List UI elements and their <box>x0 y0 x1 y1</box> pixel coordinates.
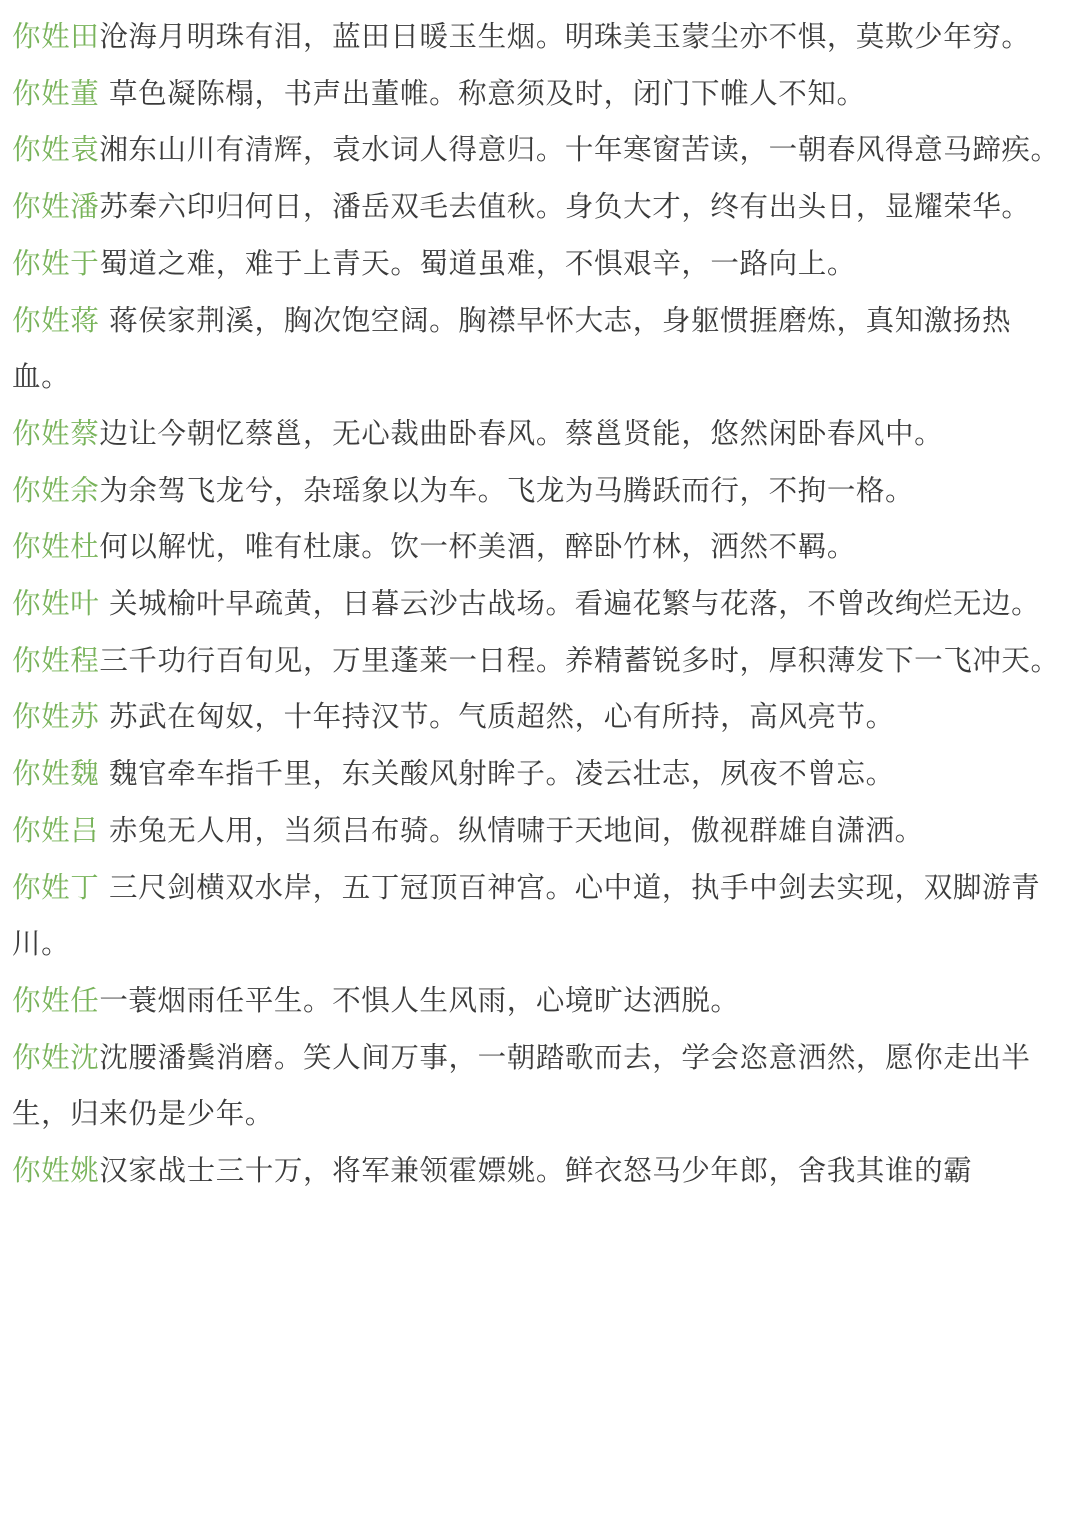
surname-label: 你姓沈 <box>12 1041 99 1074</box>
surname-label: 你姓程 <box>12 644 99 677</box>
surname-label: 你姓吕 <box>12 814 99 847</box>
surname-label: 你姓袁 <box>12 133 99 166</box>
entry-text: 魏官牵车指千里，东关酸风射眸子。凌云壮志，夙夜不曾忘。 <box>109 757 895 790</box>
separator <box>99 304 109 337</box>
entry-ding: 你姓丁 三尺剑横双水岸，五丁冠顶百神宫。心中道，执手中剑去实现，双脚游青川。 <box>12 860 1066 973</box>
entry-lv: 你姓吕 赤兔无人用，当须吕布骑。纵情啸于天地间，傲视群雄自潇洒。 <box>12 803 1066 860</box>
entry-text: 湘东山川有清辉，袁水词人得意归。十年寒窗苦读，一朝春风得意马蹄疾。 <box>99 133 1059 166</box>
surname-label: 你姓丁 <box>12 871 99 904</box>
entry-shen: 你姓沈沈腰潘鬓消磨。笑人间万事，一朝踏歌而去，学会恣意洒然，愿你走出半生，归来仍… <box>12 1030 1066 1143</box>
entry-cai: 你姓蔡边让今朝忆蔡邕，无心裁曲卧春风。蔡邕贤能，悠然闲卧春风中。 <box>12 406 1066 463</box>
surname-poem-document: 你姓田沧海月明珠有泪，蓝田日暖玉生烟。明珠美玉蒙尘亦不惧，莫欺少年穷。 你姓董 … <box>0 0 1080 1200</box>
separator <box>99 814 109 847</box>
entry-wei: 你姓魏 魏官牵车指千里，东关酸风射眸子。凌云壮志，夙夜不曾忘。 <box>12 746 1066 803</box>
entry-su: 你姓苏 苏武在匈奴，十年持汉节。气质超然，心有所持，高风亮节。 <box>12 689 1066 746</box>
entry-jiang: 你姓蒋 蒋侯家荆溪，胸次饱空阔。胸襟早怀大志，身躯惯捱磨炼，真知激扬热血。 <box>12 293 1066 406</box>
entry-yuan: 你姓袁湘东山川有清辉，袁水词人得意归。十年寒窗苦读，一朝春风得意马蹄疾。 <box>12 122 1066 179</box>
entry-cheng: 你姓程三千功行百旬见，万里蓬莱一日程。养精蓄锐多时，厚积薄发下一飞冲天。 <box>12 633 1066 690</box>
entry-text: 边让今朝忆蔡邕，无心裁曲卧春风。蔡邕贤能，悠然闲卧春风中。 <box>99 417 943 450</box>
entry-yu: 你姓于蜀道之难，难于上青天。蜀道虽难，不惧艰辛，一路向上。 <box>12 236 1066 293</box>
entry-ren: 你姓任一蓑烟雨任平生。不惧人生风雨，心境旷达洒脱。 <box>12 973 1066 1030</box>
entry-dong: 你姓董 草色凝陈榻，书声出董帷。称意须及时，闭门下帷人不知。 <box>12 66 1066 123</box>
entry-text: 苏武在匈奴，十年持汉节。气质超然，心有所持，高风亮节。 <box>109 700 895 733</box>
entry-text: 蜀道之难，难于上青天。蜀道虽难，不惧艰辛，一路向上。 <box>99 247 856 280</box>
surname-label: 你姓潘 <box>12 190 99 223</box>
entry-text: 赤兔无人用，当须吕布骑。纵情啸于天地间，傲视群雄自潇洒。 <box>109 814 924 847</box>
surname-label: 你姓叶 <box>12 587 99 620</box>
entry-she: 你姓余为余驾飞龙兮，杂瑶象以为车。飞龙为马腾跃而行，不拘一格。 <box>12 463 1066 520</box>
entry-text: 汉家战士三十万，将军兼领霍嫖姚。鲜衣怒马少年郎，舍我其谁的霸 <box>99 1154 972 1187</box>
surname-label: 你姓任 <box>12 984 99 1017</box>
entry-yao: 你姓姚汉家战士三十万，将军兼领霍嫖姚。鲜衣怒马少年郎，舍我其谁的霸 <box>12 1143 1066 1200</box>
entry-text: 沈腰潘鬓消磨。笑人间万事，一朝踏歌而去，学会恣意洒然，愿你走出半生，归来仍是少年… <box>12 1041 1031 1131</box>
surname-label: 你姓姚 <box>12 1154 99 1187</box>
entry-text: 何以解忧，唯有杜康。饮一杯美酒，醉卧竹林，洒然不羁。 <box>99 530 856 563</box>
entry-text: 草色凝陈榻，书声出董帷。称意须及时，闭门下帷人不知。 <box>109 77 866 110</box>
entry-text: 为余驾飞龙兮，杂瑶象以为车。飞龙为马腾跃而行，不拘一格。 <box>99 474 914 507</box>
entry-text: 蒋侯家荆溪，胸次饱空阔。胸襟早怀大志，身躯惯捱磨炼，真知激扬热血。 <box>12 304 1011 394</box>
surname-label: 你姓魏 <box>12 757 99 790</box>
surname-label: 你姓蒋 <box>12 304 99 337</box>
entry-text: 三千功行百旬见，万里蓬莱一日程。养精蓄锐多时，厚积薄发下一飞冲天。 <box>99 644 1059 677</box>
separator <box>99 587 109 620</box>
entry-du: 你姓杜何以解忧，唯有杜康。饮一杯美酒，醉卧竹林，洒然不羁。 <box>12 519 1066 576</box>
separator <box>99 871 109 904</box>
entry-text: 一蓑烟雨任平生。不惧人生风雨，心境旷达洒脱。 <box>99 984 739 1017</box>
entry-text: 苏秦六印归何日，潘岳双毛去值秋。身负大才，终有出头日，显耀荣华。 <box>99 190 1030 223</box>
entry-text: 三尺剑横双水岸，五丁冠顶百神宫。心中道，执手中剑去实现，双脚游青川。 <box>12 871 1040 961</box>
surname-label: 你姓苏 <box>12 700 99 733</box>
surname-label: 你姓董 <box>12 77 99 110</box>
surname-label: 你姓田 <box>12 20 99 53</box>
entry-ye: 你姓叶 关城榆叶早疏黄，日暮云沙古战场。看遍花繁与花落，不曾改绚烂无边。 <box>12 576 1066 633</box>
entry-text: 沧海月明珠有泪，蓝田日暖玉生烟。明珠美玉蒙尘亦不惧，莫欺少年穷。 <box>99 20 1030 53</box>
entry-text: 关城榆叶早疏黄，日暮云沙古战场。看遍花繁与花落，不曾改绚烂无边。 <box>109 587 1040 620</box>
entry-pan: 你姓潘苏秦六印归何日，潘岳双毛去值秋。身负大才，终有出头日，显耀荣华。 <box>12 179 1066 236</box>
separator <box>99 77 109 110</box>
surname-label: 你姓于 <box>12 247 99 280</box>
surname-label: 你姓余 <box>12 474 99 507</box>
surname-label: 你姓杜 <box>12 530 99 563</box>
surname-label: 你姓蔡 <box>12 417 99 450</box>
entry-tian: 你姓田沧海月明珠有泪，蓝田日暖玉生烟。明珠美玉蒙尘亦不惧，莫欺少年穷。 <box>12 9 1066 66</box>
separator <box>99 757 109 790</box>
separator <box>99 700 109 733</box>
